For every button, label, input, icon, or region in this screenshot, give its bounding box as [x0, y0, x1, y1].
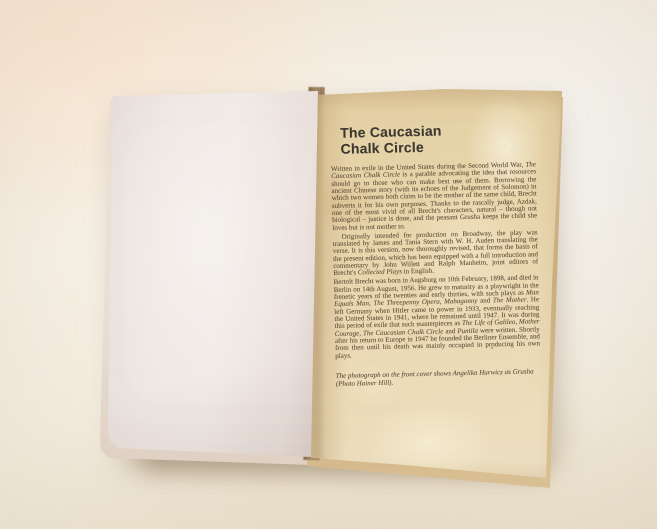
book-title-line-2: Chalk Circle — [340, 136, 535, 156]
blurb-paragraph-synopsis: Written in exile in the United States du… — [331, 161, 537, 232]
blurb-paragraph-author-bio: Bertolt Brecht was born in Augsburg on 1… — [333, 274, 540, 359]
left-blank-page — [100, 86, 322, 462]
photo-scene: The Caucasian Chalk Circle Written in ex… — [0, 0, 657, 529]
cover-photo-credit: The photograph on the front cover shows … — [336, 368, 541, 388]
book-title: The Caucasian Chalk Circle — [340, 120, 536, 156]
blurb-paragraph-edition: Originally intended for production on Br… — [332, 229, 538, 278]
page-text-block: The Caucasian Chalk Circle Written in ex… — [330, 120, 541, 388]
right-title-page: The Caucasian Chalk Circle Written in ex… — [305, 85, 568, 485]
foxing-specks — [305, 85, 307, 87]
